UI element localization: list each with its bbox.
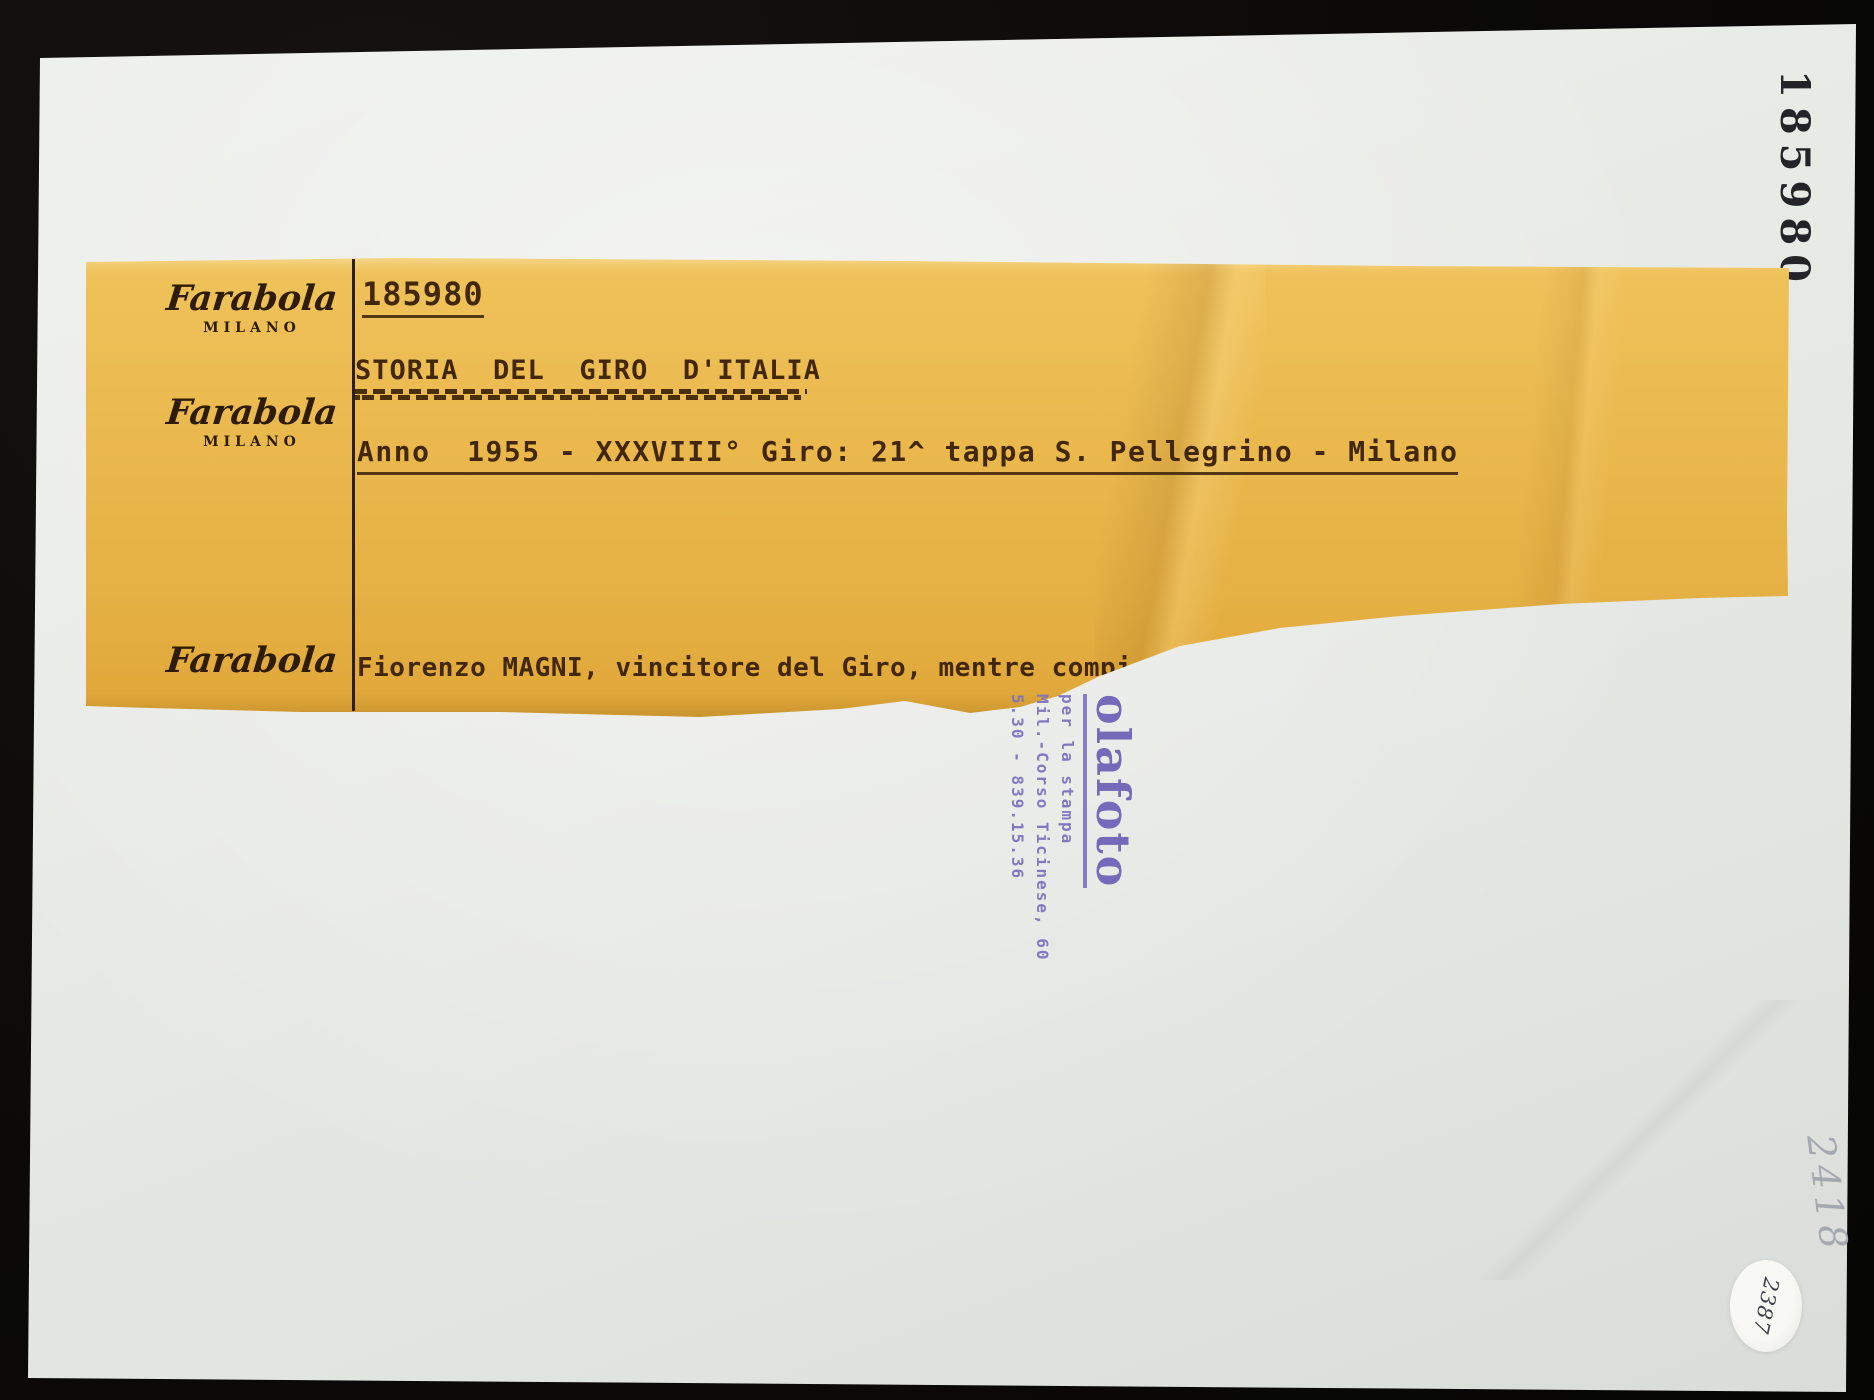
round-sticker: 2387	[1730, 1260, 1802, 1352]
farabola-logo-city: MILANO	[137, 320, 367, 336]
farabola-logo: Farabola	[137, 643, 367, 678]
farabola-logo: Farabola MILANO	[137, 281, 367, 336]
catalog-number: 185980	[362, 275, 484, 318]
event-line: Anno 1955 - XXXVIII° Giro: 21^ tappa S. …	[357, 435, 1458, 475]
series-title-hatch-underline	[355, 389, 807, 394]
farabola-logo-name: Farabola	[135, 281, 369, 316]
farabola-logo-name: Farabola	[135, 395, 369, 430]
series-title-hatch-underline	[355, 395, 801, 400]
press-agency-ink-stamp: olafoto per la stampa Mil.-Corso Ticines…	[1008, 694, 1137, 1014]
farabola-logo-city: MILANO	[137, 434, 367, 450]
farabola-logo: Farabola MILANO	[137, 395, 367, 450]
photo-backdrop: 185980 Farabola MILANO Farabola MILANO F…	[0, 0, 1874, 1400]
paper-crease	[1470, 1000, 1810, 1280]
stamp-line: Mil.-Corso Ticinese, 60	[1033, 694, 1052, 1014]
stamp-line: per la stampa	[1058, 694, 1077, 1014]
farabola-logo-name: Farabola	[135, 643, 369, 678]
stamp-agency-name: olafoto	[1083, 694, 1137, 888]
sticker-number: 2387	[1748, 1275, 1783, 1336]
stamp-line: 5.30 - 839.15.36	[1008, 694, 1027, 1014]
series-title: STORIA DEL GIRO D'ITALIA	[355, 355, 821, 386]
archive-number-vertical: 185980	[1771, 70, 1818, 291]
